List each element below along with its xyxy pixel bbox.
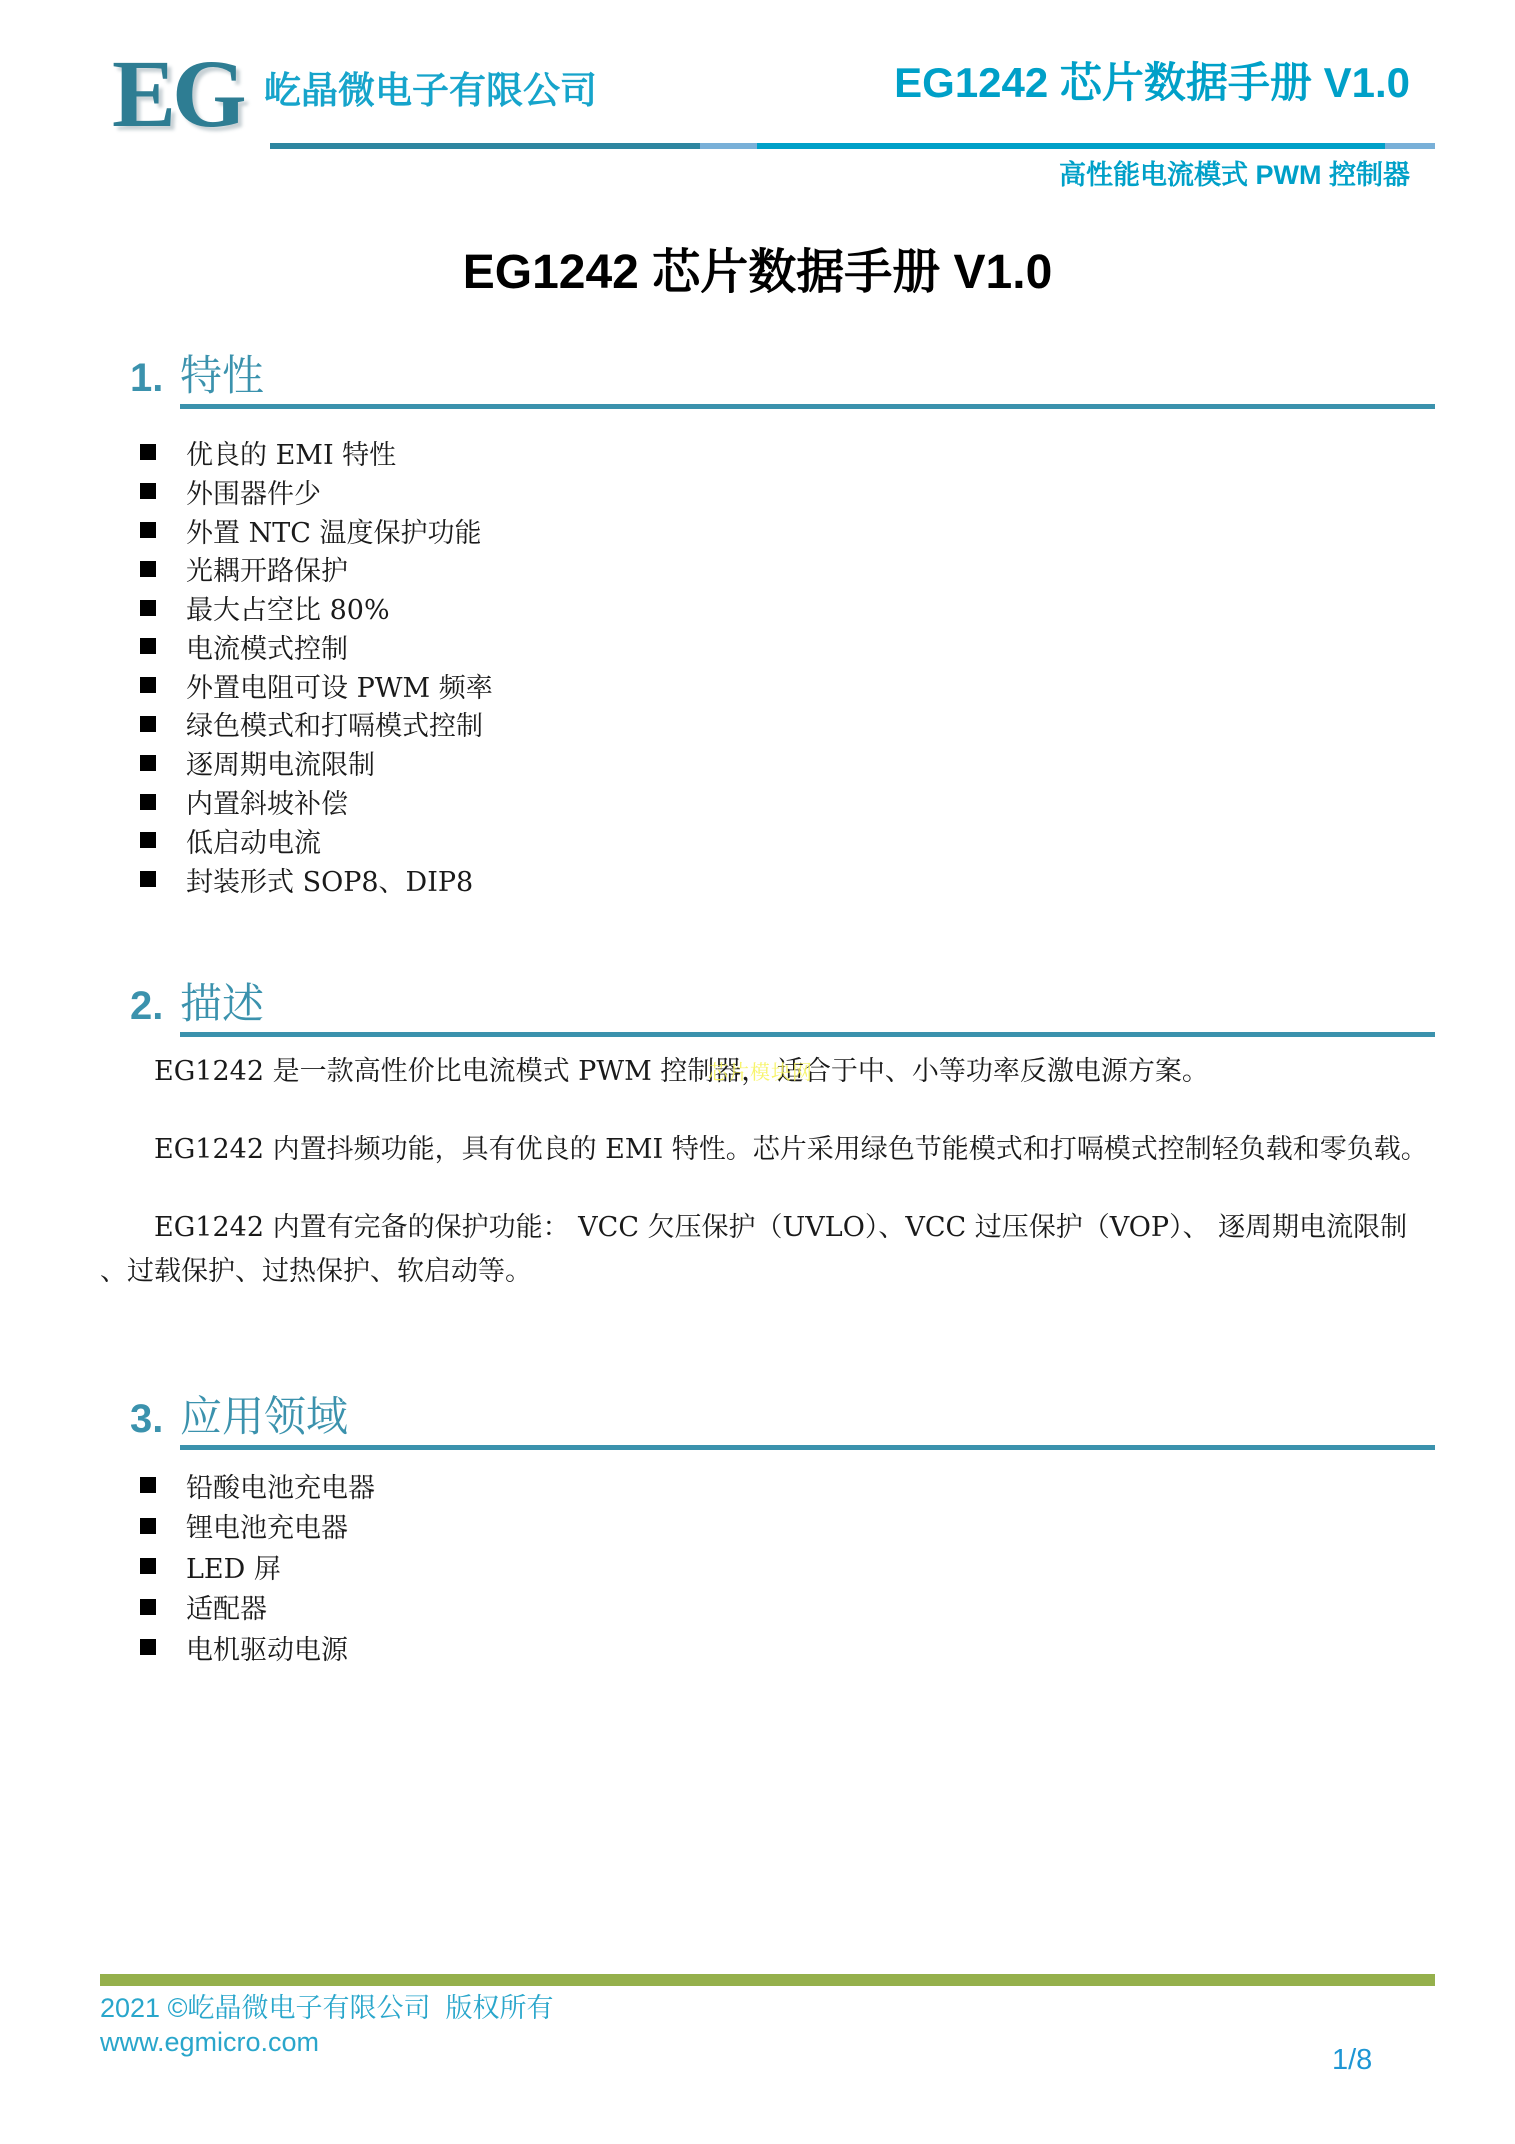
bullet-square-icon: [140, 1477, 156, 1493]
list-item: 封装形式 SOP8、DIP8: [140, 860, 1425, 899]
bullet-square-icon: [140, 561, 156, 577]
bullet-square-icon: [140, 1599, 156, 1615]
list-item-label: LED 屏: [186, 1547, 281, 1586]
bullet-square-icon: [140, 677, 156, 693]
header-rule: [270, 143, 1435, 149]
section-title: 描述: [180, 971, 264, 1031]
page-number: 1/8: [1332, 2044, 1372, 2077]
header-rule-cyan-segment: [757, 143, 1385, 149]
bullet-square-icon: [140, 1639, 156, 1655]
list-item: 最大占空比 80%: [140, 588, 1425, 627]
list-item-label: 光耦开路保护: [186, 549, 348, 588]
section-rule: [180, 404, 1435, 409]
list-item: 低启动电流: [140, 821, 1425, 860]
list-item: 外置 NTC 温度保护功能: [140, 511, 1425, 550]
bullet-square-icon: [140, 600, 156, 616]
section-number: 1.: [130, 356, 163, 401]
list-item-label: 电机驱动电源: [186, 1628, 348, 1667]
company-logo: EG: [112, 46, 243, 142]
section-rule: [180, 1032, 1435, 1037]
list-item: 电流模式控制: [140, 627, 1425, 666]
list-item: 逐周期电流限制: [140, 743, 1425, 782]
list-item: LED 屏: [140, 1546, 1425, 1587]
section-number: 3.: [130, 1397, 163, 1442]
header-subtitle: 高性能电流模式 PWM 控制器: [1059, 153, 1410, 192]
bullet-square-icon: [140, 483, 156, 499]
section-heading-features: 1. 特性: [100, 352, 1435, 409]
list-item: 电机驱动电源: [140, 1627, 1425, 1668]
bullet-square-icon: [140, 444, 156, 460]
company-name: 屹晶微电子有限公司: [264, 70, 597, 111]
bullet-square-icon: [140, 716, 156, 732]
page-title: EG1242 芯片数据手册 V1.0: [0, 248, 1515, 298]
description-paragraphs: EG1242 是一款高性价比电流模式 PWM 控制器， 适合于中、小等功率反激电…: [100, 1050, 1430, 1328]
list-item: 绿色模式和打嗝模式控制: [140, 705, 1425, 744]
list-item-label: 封装形式 SOP8、DIP8: [186, 860, 473, 899]
list-item-label: 低启动电流: [186, 821, 321, 860]
list-item-label: 最大占空比 80%: [186, 588, 390, 627]
list-item-label: 适配器: [186, 1587, 267, 1626]
bullet-square-icon: [140, 832, 156, 848]
list-item-label: 优良的 EMI 特性: [186, 433, 396, 472]
list-item-label: 锂电池充电器: [186, 1506, 348, 1545]
header-rule-dark-segment: [270, 143, 700, 149]
list-item: 光耦开路保护: [140, 549, 1425, 588]
section-rule: [180, 1445, 1435, 1450]
list-item-label: 电流模式控制: [186, 627, 348, 666]
bullet-square-icon: [140, 794, 156, 810]
list-item-label: 绿色模式和打嗝模式控制: [186, 704, 483, 743]
list-item-label: 外围器件少: [186, 472, 321, 511]
section-heading-description: 2. 描述: [100, 980, 1435, 1037]
section-title: 应用领域: [180, 1384, 348, 1444]
list-item: 适配器: [140, 1587, 1425, 1628]
header-rule-light-segment: [700, 143, 757, 149]
list-item: 外围器件少: [140, 472, 1425, 511]
bullet-square-icon: [140, 871, 156, 887]
bullet-square-icon: [140, 1518, 156, 1534]
footer-green-bar: [100, 1974, 1435, 1986]
section-title: 特性: [180, 343, 264, 403]
footer-website-link[interactable]: www.egmicro.com: [100, 2026, 319, 2058]
description-paragraph: EG1242 内置有完备的保护功能： VCC 欠压保护（UVLO）、VCC 过压…: [100, 1206, 1430, 1294]
list-item: 内置斜坡补偿: [140, 782, 1425, 821]
header-doc-title: EG1242 芯片数据手册 V1.0: [894, 60, 1410, 106]
bullet-square-icon: [140, 638, 156, 654]
bullet-square-icon: [140, 755, 156, 771]
list-item-label: 铅酸电池充电器: [186, 1466, 375, 1505]
bullet-square-icon: [140, 522, 156, 538]
site-watermark: 芯片模块网: [708, 1056, 813, 1085]
applications-list: 铅酸电池充电器锂电池充电器LED 屏适配器电机驱动电源: [140, 1465, 1425, 1668]
list-item: 锂电池充电器: [140, 1506, 1425, 1547]
datasheet-page: EG 屹晶微电子有限公司 EG1242 芯片数据手册 V1.0 高性能电流模式 …: [0, 0, 1515, 2144]
list-item: 外置电阻可设 PWM 频率: [140, 666, 1425, 705]
footer-copyright: 2021 ©屹晶微电子有限公司 版权所有: [100, 1992, 553, 2024]
section-heading-applications: 3. 应用领域: [100, 1393, 1435, 1450]
list-item: 优良的 EMI 特性: [140, 433, 1425, 472]
list-item-label: 外置电阻可设 PWM 频率: [186, 666, 493, 705]
bullet-square-icon: [140, 1558, 156, 1574]
header-rule-tail-segment: [1385, 143, 1435, 149]
list-item-label: 外置 NTC 温度保护功能: [186, 511, 481, 550]
section-number: 2.: [130, 984, 163, 1029]
list-item-label: 内置斜坡补偿: [186, 782, 348, 821]
features-list: 优良的 EMI 特性外围器件少外置 NTC 温度保护功能光耦开路保护最大占空比 …: [140, 433, 1425, 899]
description-paragraph: EG1242 内置抖频功能，具有优良的 EMI 特性。芯片采用绿色节能模式和打嗝…: [100, 1128, 1430, 1172]
list-item: 铅酸电池充电器: [140, 1465, 1425, 1506]
list-item-label: 逐周期电流限制: [186, 743, 375, 782]
